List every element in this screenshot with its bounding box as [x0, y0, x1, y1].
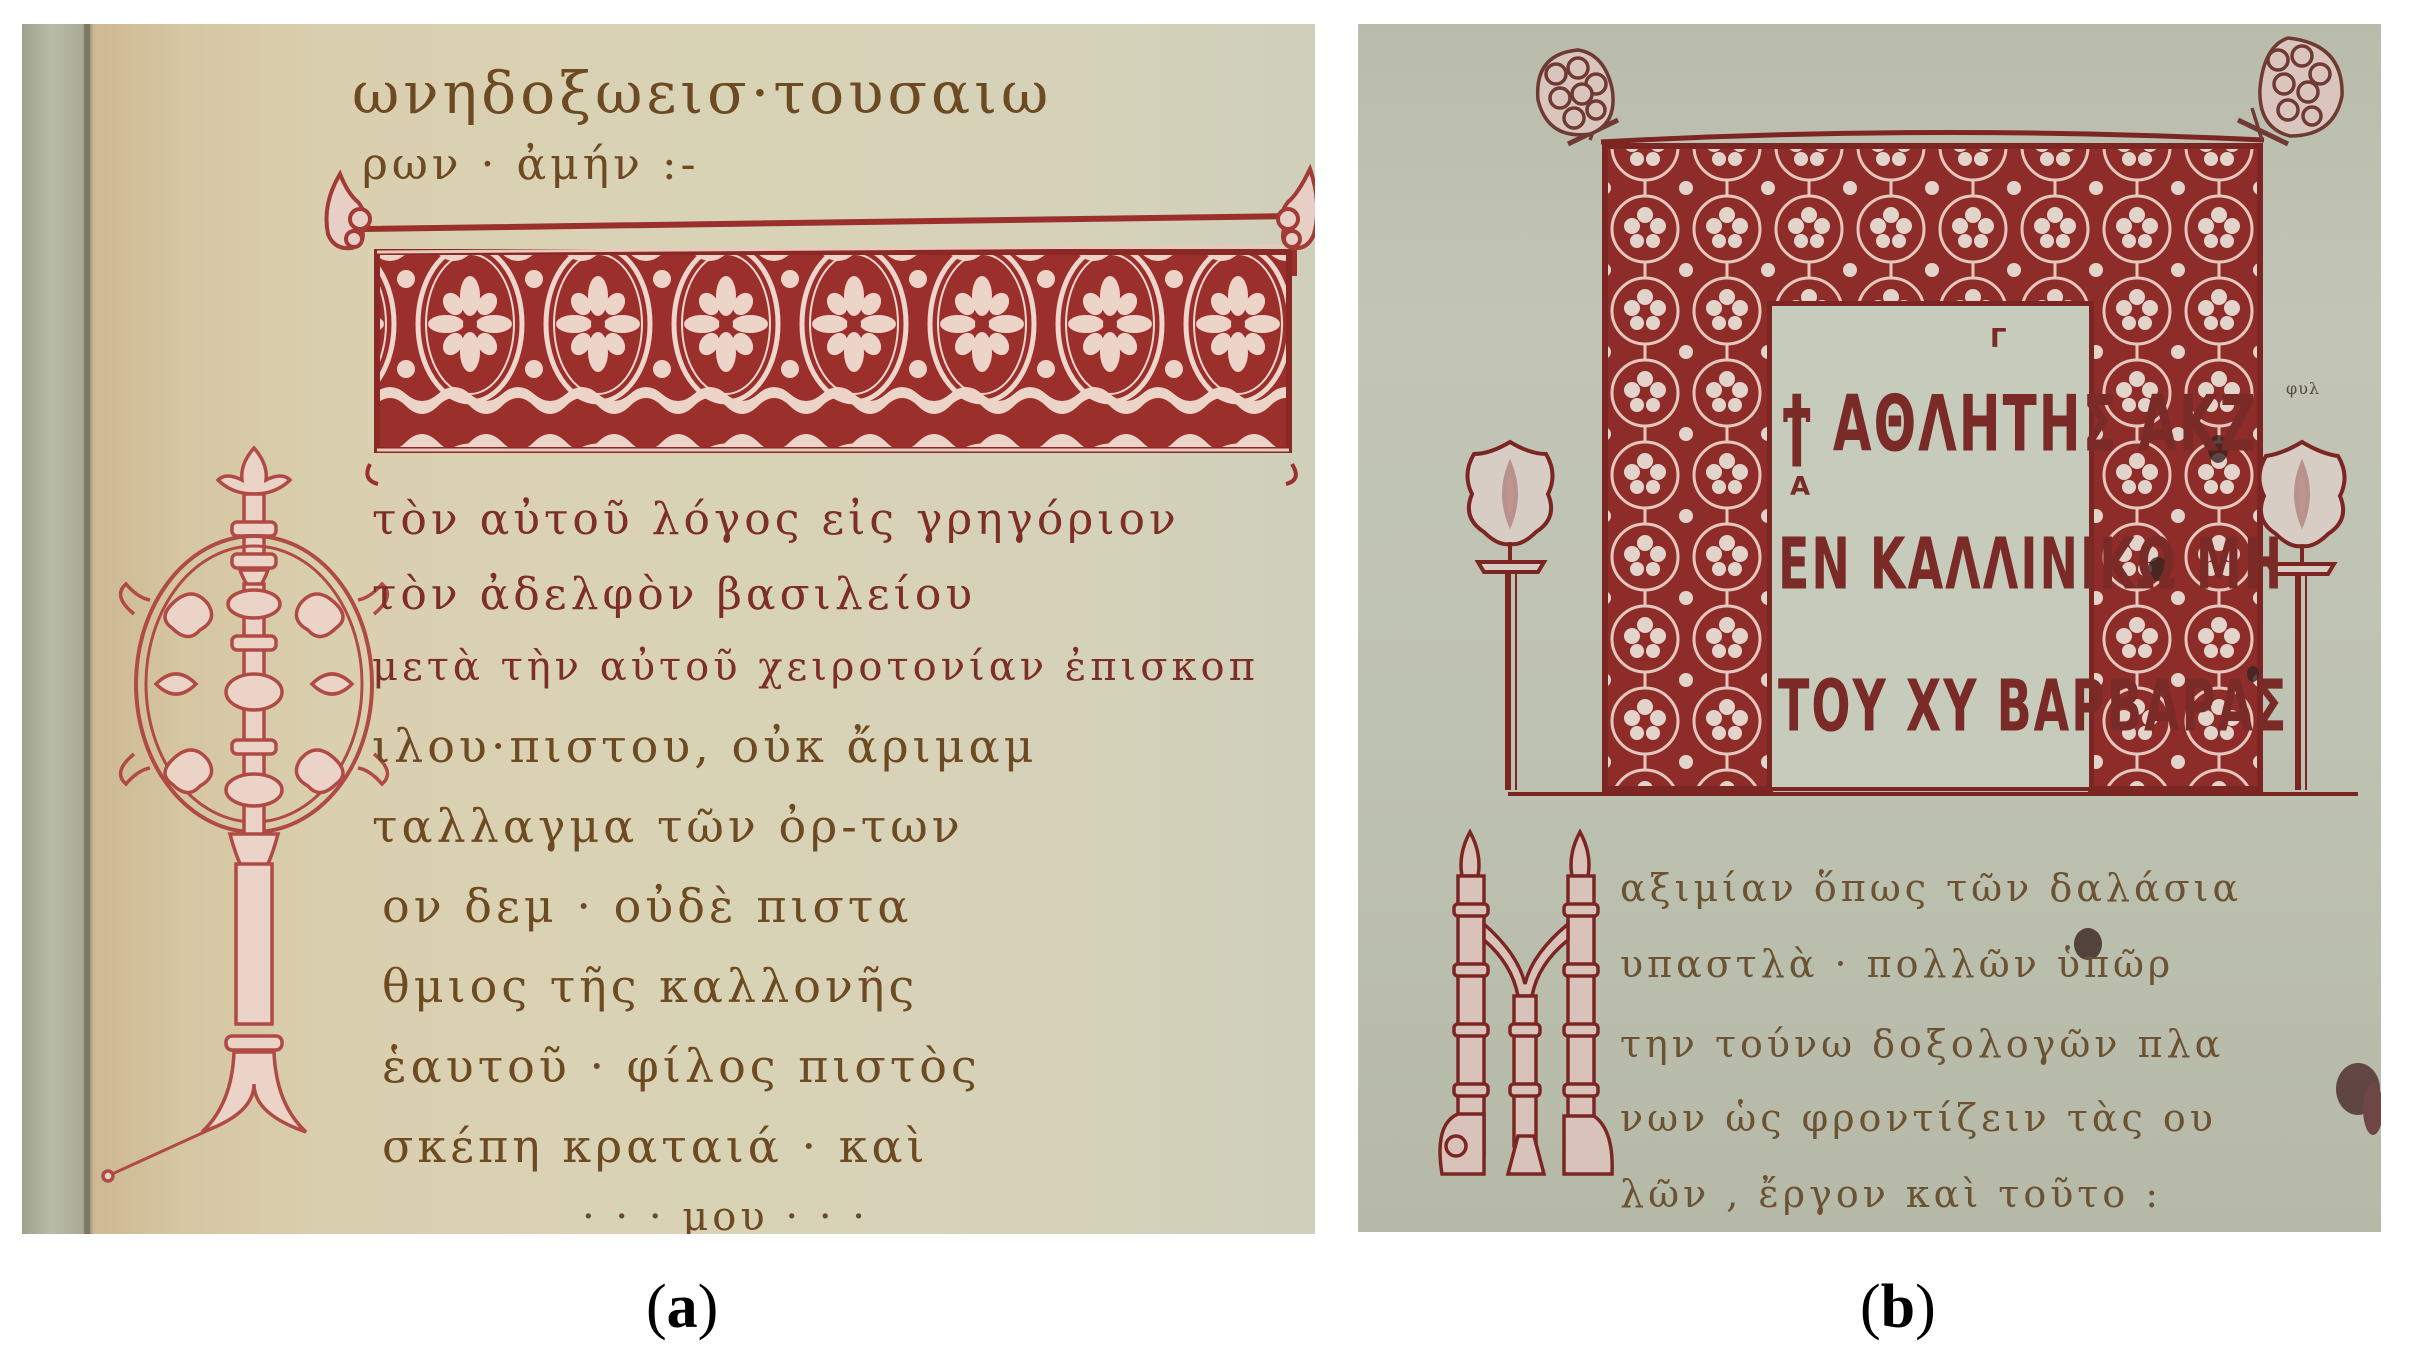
manuscript-text-line: ιλου·πιστου, οὐκ ἄριμαμ	[372, 719, 1038, 773]
manuscript-text-line: σκέπη κραταιά · καὶ	[382, 1119, 929, 1173]
manuscript-text-line: ταλλαγμα τῶν ὀρ-των	[372, 799, 964, 853]
panel-label-a: (a)	[646, 1272, 718, 1343]
manuscript-text-line: υπαστλὰ · πολλῶν ὑπῶρ	[1620, 942, 2174, 986]
panel-label-b: (b)	[1860, 1272, 1936, 1343]
binding-edge	[84, 24, 90, 1234]
manuscript-photo-b: ϯ ΑΘΛΗΤΗΣ ΑΚΖ ΕΝ ΚΑΛΛΙΝΙΚΩ ΜΗ ΤΟΥ ΧΥ ΒΑΡ…	[1358, 24, 2381, 1232]
manuscript-text-line: την τούνω δοξολογῶν πλα	[1620, 1022, 2224, 1066]
headpiece-finial-right	[1278, 169, 1315, 248]
initial-phi	[103, 448, 387, 1181]
manuscript-text-line: ον δεμ · οὐδὲ πιστα	[382, 879, 912, 933]
title-superscript: Α	[1790, 472, 1812, 502]
label-letter: b	[1881, 1273, 1915, 1341]
manuscript-text-line: νων ὡς φροντίζειν τὰς ου	[1620, 1096, 2217, 1140]
title-line: ΕΝ ΚΑΛΛΙΝΙΚΩ ΜΗ	[1778, 522, 2284, 606]
grape-finial-right	[2238, 38, 2342, 144]
manuscript-text-line: ἑαυτοῦ · φίλος πιστὸς	[382, 1039, 981, 1093]
column-left	[1467, 442, 1552, 790]
label-paren-open: (	[646, 1273, 667, 1341]
manuscript-text-line: λῶν , ἔργον καὶ τοῦτο :	[1620, 1172, 2162, 1216]
label-letter: a	[667, 1273, 698, 1341]
manuscript-text-line: τὸν αὐτοῦ λόγος εἰς γρηγόριον	[372, 494, 1180, 545]
title-superscript: Γ	[1990, 324, 2009, 354]
headpiece-band	[362, 216, 1296, 484]
manuscript-text-line: θμιος τῆς καλλονῆς	[382, 959, 918, 1013]
manuscript-text-line: μετὰ τὴν αὐτοῦ χειροτονίαν ἐπισκοπ	[372, 644, 1259, 690]
manuscript-text-line: ωνηδοξωεισ·τουσαιω	[352, 59, 1052, 127]
manuscript-text-line: · · · μου · · ·	[582, 1194, 869, 1234]
manuscript-text-line: ρων · ἀμήν :-	[362, 139, 700, 190]
manuscript-photo-a: ωνηδοξωεισ·τουσαιω ρων · ἀμήν :- τὸν αὐτ…	[22, 24, 1315, 1234]
label-paren-open: (	[1860, 1273, 1881, 1341]
manuscript-text-line: αξιμίαν ὅπως τῶν δαλάσια	[1620, 866, 2242, 910]
label-paren-close: )	[698, 1273, 719, 1341]
margin-note: φυλ	[2286, 379, 2320, 398]
title-line: ϯ ΑΘΛΗΤΗΣ ΑΚΖ	[1782, 379, 2258, 469]
grape-finial-left	[1538, 50, 1618, 144]
manuscript-text-line: τὸν ἀδελφὸν βασιλείου	[372, 569, 976, 620]
title-line: ΤΟΥ ΧΥ ΒΑΡΒΑΡΑΣ	[1778, 664, 2288, 748]
initial-mu	[1440, 832, 1612, 1174]
label-paren-close: )	[1915, 1273, 1936, 1341]
